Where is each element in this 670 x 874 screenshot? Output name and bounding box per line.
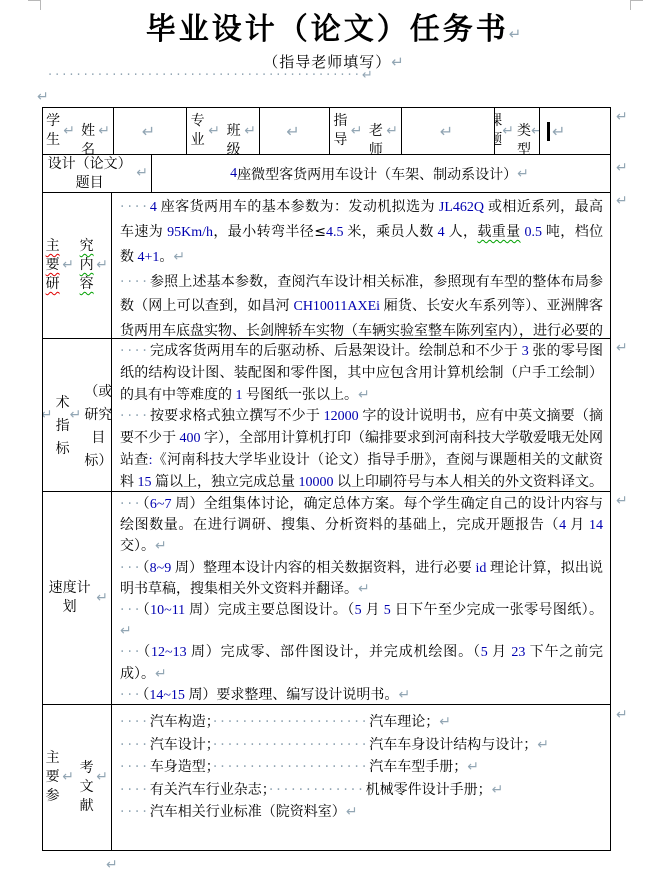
section-label-schedule: 速度计划↵ <box>43 492 111 704</box>
task-form-table: 学生↵ 姓名↵ ↵ 专业↵ 班级↵ ↵ 指导↵ 老师↵ ↵ 课题↵ 类型↵ ↵ … <box>42 107 611 851</box>
student-name-label: 学生↵ 姓名↵ <box>43 108 113 154</box>
project-title-value[interactable]: 4 座微型客货两用车设计（车架、制动系设计）↵ <box>151 155 610 192</box>
paragraph-mark: ↵ <box>286 122 302 141</box>
text-cursor <box>547 122 550 141</box>
section-label-technical-targets: 主要技↵ 术指标↵ （或研究 目标）↵ <box>43 339 111 491</box>
row-end-mark: ↵ <box>616 161 631 175</box>
technical-targets-text[interactable]: ····完成客货两用车的后驱动桥、后悬架设计。绘制总和不少于 3 张的零号图纸的… <box>111 339 610 491</box>
references-row: 主要参↵ 考文献↵ ····汽车构造；·····················… <box>43 704 610 850</box>
paragraph-mark: ↵ <box>142 122 158 141</box>
section-label-research-content: 主要研↵ 究内容↵ <box>43 193 111 338</box>
row-end-mark: ↵ <box>616 341 631 355</box>
row-end-mark: ↵ <box>616 194 631 208</box>
paragraph-mark: ↵ <box>37 90 52 104</box>
document-title: 毕业设计（论文）任务书↵ <box>0 8 670 56</box>
paragraph-mark: ↵ <box>552 122 568 141</box>
advisor-label: 指导↵ 老师↵ <box>329 108 401 154</box>
row-end-mark: ↵ <box>616 494 631 508</box>
project-title-label: 设计（论文）题目↵ <box>43 155 151 192</box>
research-content-row: 主要研↵ 究内容↵ ····4 座客货两用车的基本参数为：发动机拟选为 JL46… <box>43 192 610 338</box>
dotted-separator: ········································… <box>48 68 376 84</box>
paragraph-mark: ↵ <box>440 122 456 141</box>
technical-targets-row: 主要技↵ 术指标↵ （或研究 目标）↵ ····完成客货两用车的后驱动桥、后悬架… <box>43 338 610 491</box>
schedule-row: 速度计划↵ ···（6~7 周）全组集体讨论，确定总体方案。每个学生确定自己的设… <box>43 491 610 704</box>
project-title-row: 设计（论文）题目↵ 4 座微型客货两用车设计（车架、制动系设计）↵ <box>43 154 610 192</box>
references-text[interactable]: ····汽车构造；·····················汽车理论；↵ ···… <box>111 705 610 850</box>
major-class-label: 专业↵ 班级↵ <box>186 108 259 154</box>
advisor-field[interactable]: ↵ <box>401 108 494 154</box>
research-content-text[interactable]: ····4 座客货两用车的基本参数为：发动机拟选为 JL462Q 或相近系列，最… <box>111 193 610 338</box>
topic-type-field[interactable]: ↵ <box>539 108 610 154</box>
paragraph-mark: ↵ <box>106 858 121 872</box>
topic-type-label: 课题↵ 类型↵ <box>494 108 539 154</box>
row-end-mark: ↵ <box>616 110 631 124</box>
header-row: 学生↵ 姓名↵ ↵ 专业↵ 班级↵ ↵ 指导↵ 老师↵ ↵ 课题↵ 类型↵ ↵ <box>43 108 610 154</box>
schedule-text[interactable]: ···（6~7 周）全组集体讨论，确定总体方案。每个学生确定自己的设计内容与绘图… <box>111 492 610 704</box>
section-label-references: 主要参↵ 考文献↵ <box>43 705 111 850</box>
major-class-field[interactable]: ↵ <box>259 108 329 154</box>
student-name-field[interactable]: ↵ <box>113 108 186 154</box>
row-end-mark: ↵ <box>616 708 631 722</box>
